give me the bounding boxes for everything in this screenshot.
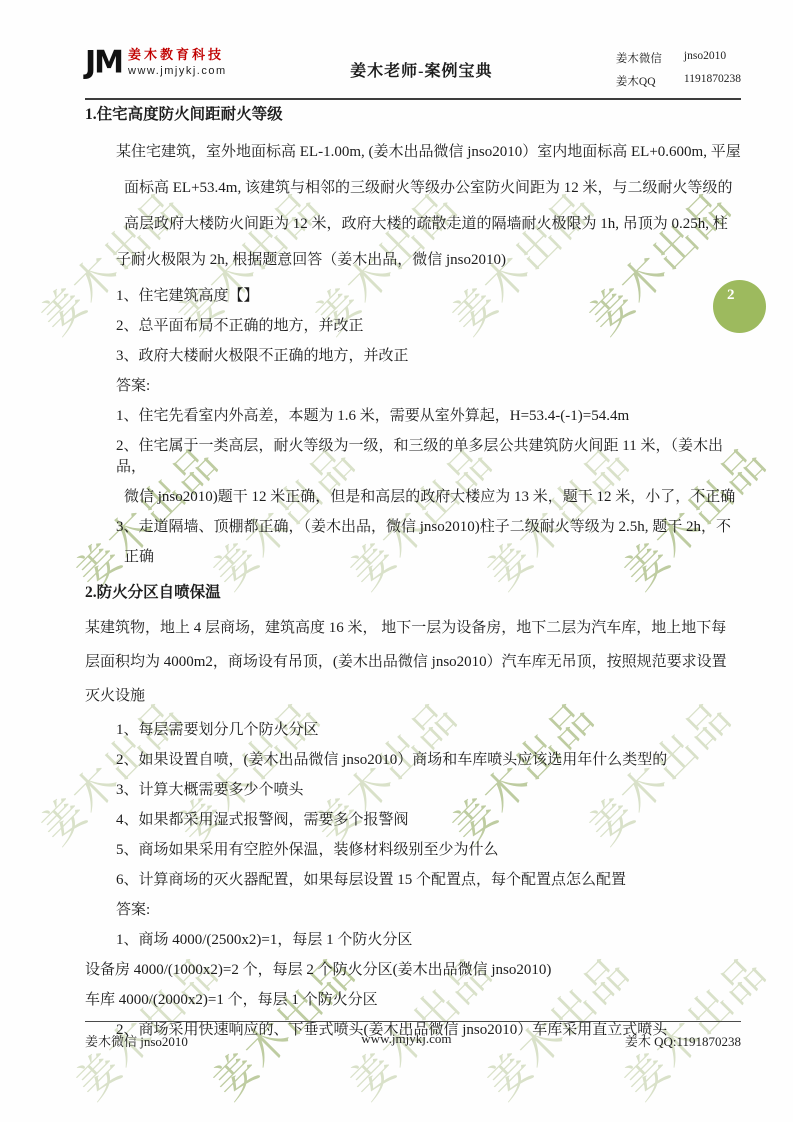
question-line: 5、商场如果采用有空腔外保温，装修材料级别至少为什么: [0, 840, 793, 861]
answer-line: 微信 jnso2010)题干 12 米正确，但是和高层的政府大楼应为 13 米，…: [0, 487, 793, 508]
wechat-label: 姜木微信: [616, 50, 662, 66]
text-line: 某住宅建筑，室外地面标高 EL-1.00m, (姜木出品微信 jnso2010）…: [0, 142, 793, 163]
answer-line: 1、住宅先看室内外高差，本题为 1.6 米，需要从室外算起，H=53.4-(-1…: [0, 406, 793, 427]
answer-line: 设备房 4000/(1000x2)=2 个，每层 2 个防火分区(姜木出品微信 …: [0, 960, 793, 981]
jm-logo-mark: JM: [85, 48, 122, 77]
qq-label: 姜木QQ: [616, 73, 662, 89]
text-line: 高层政府大楼防火间距为 12 米，政府大楼的疏散走道的隔墙耐火极限为 1h, 吊…: [0, 214, 793, 235]
brand-name: 姜木教育科技: [128, 48, 227, 62]
text-line: 子耐火极限为 2h, 根据题意回答（姜木出品，微信 jnso2010): [0, 250, 793, 271]
document-page: 姜木出品姜木出品姜木出品姜木出品姜木出品姜木出品姜木出品姜木出品姜木出品姜木出品…: [0, 0, 793, 1122]
brand-url: www.jmjykj.com: [128, 64, 227, 78]
contact-info: 姜木微信 jnso2010 姜木QQ 1191870238: [616, 50, 741, 89]
answer-line: 车库 4000/(2000x2)=1 个，每层 1 个防火分区: [0, 990, 793, 1011]
footer-url: www.jmjykj.com: [361, 1031, 451, 1050]
text-line: 层面积均为 4000m2，商场设有吊顶，(姜木出品微信 jnso2010）汽车库…: [0, 652, 793, 673]
question-line: 4、如果都采用湿式报警阀，需要多个报警阀: [0, 810, 793, 831]
text-line: 面标高 EL+53.4m, 该建筑与相邻的三级耐火等级办公室防火间距为 12 米…: [0, 178, 793, 199]
page-number: 2: [727, 287, 735, 304]
logo-text: 姜木教育科技 www.jmjykj.com: [128, 48, 227, 78]
question-line: 3、计算大概需要多少个喷头: [0, 780, 793, 801]
question-line: 1、每层需要划分几个防火分区: [0, 720, 793, 741]
brand-logo: JM 姜木教育科技 www.jmjykj.com: [85, 48, 227, 78]
section-2-heading: 2.防火分区自喷保温: [0, 582, 793, 603]
page-title: 姜木老师-案例宝典: [350, 58, 492, 81]
section-1-heading: 1.住宅高度防火间距耐火等级: [0, 104, 793, 125]
answer-line: 3、走道隔墙、顶棚都正确，（姜木出品，微信 jnso2010)柱子二级耐火等级为…: [0, 517, 793, 538]
document-body: 1.住宅高度防火间距耐火等级某住宅建筑，室外地面标高 EL-1.00m, (姜木…: [0, 104, 793, 1050]
question-line: 6、计算商场的灭火器配置，如果每层设置 15 个配置点，每个配置点怎么配置: [0, 870, 793, 891]
text-line: 某建筑物，地上 4 层商场，建筑高度 16 米， 地下一层为设备房，地下二层为汽…: [0, 618, 793, 639]
question-line: 2、如果设置自喷，(姜木出品微信 jnso2010）商场和车库喷头应该选用年什么…: [0, 750, 793, 771]
text-line: 灭火设施: [0, 686, 793, 707]
page-number-badge: 2: [713, 280, 766, 333]
footer-qq: 姜木 QQ:1191870238: [625, 1031, 741, 1050]
footer-wechat: 姜木微信 jnso2010: [85, 1031, 188, 1050]
wechat-value: jnso2010: [684, 50, 741, 66]
answer-line: 1、商场 4000/(2500x2)=1，每层 1 个防火分区: [0, 930, 793, 951]
question-line: 3、政府大楼耐火极限不正确的地方，并改正: [0, 346, 793, 367]
page-footer: 姜木微信 jnso2010 www.jmjykj.com 姜木 QQ:11918…: [85, 1021, 741, 1050]
answer-line: 2、住宅属于一类高层，耐火等级为一级，和三级的单多层公共建筑防火间距 11 米，…: [0, 436, 793, 478]
page-header: JM 姜木教育科技 www.jmjykj.com 姜木老师-案例宝典 姜木微信 …: [85, 48, 741, 100]
answer-label: 答案:: [0, 376, 793, 397]
qq-value: 1191870238: [684, 73, 741, 89]
question-line: 1、住宅建筑高度【】: [0, 286, 793, 307]
answer-line: 正确: [0, 547, 793, 568]
question-line: 2、总平面布局不正确的地方，并改正: [0, 316, 793, 337]
answer-label: 答案:: [0, 900, 793, 921]
